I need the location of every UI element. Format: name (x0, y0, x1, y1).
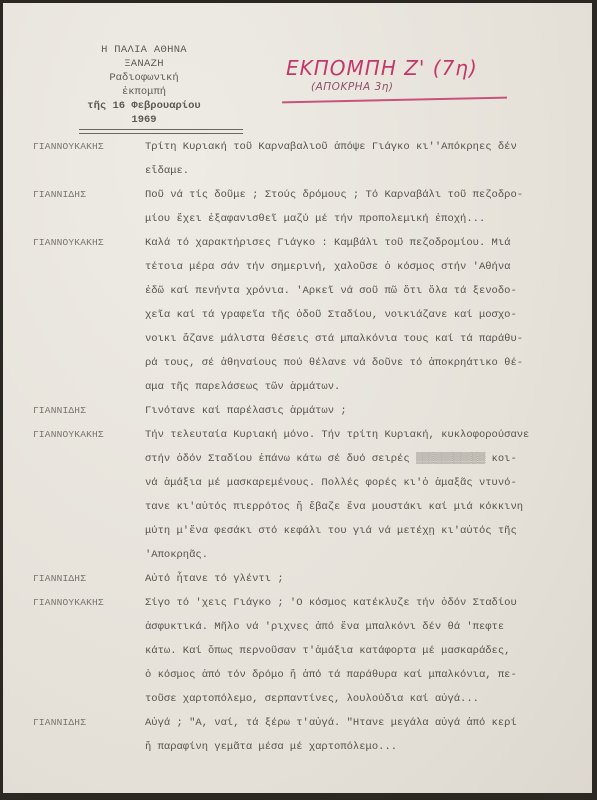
speaker-name: ΓΙΑΝΝΙΔΗΣ (33, 183, 145, 231)
handwritten-annotation: ΕΚΠΟΜΠΗ Ζ' (7η) (ΑΠΟΚΡΗΑ 3η) (286, 56, 478, 93)
dialogue-line: 'Αποκρηᾶς. (145, 543, 578, 567)
broadcast-date: τῆς 16 Φεβρουαρίου 1969 (85, 99, 203, 127)
dialogue-line: ἐδῶ καί πενήντα χρόνια. 'Αρκεῖ νά σοῦ πῶ… (145, 279, 578, 303)
dialogue-line: μίου ἔχει ἐξαφανισθεῖ μαζύ μέ τήν προπολ… (145, 207, 578, 231)
dialogue-line: στήν ὁδόν Σταδίου ἐπάνω κάτω σέ δυό σειρ… (145, 447, 578, 471)
dialogue-turn: ΓΙΑΝΝΙΔΗΣ Γινότανε καί παρέλασις ἁρμάτων… (33, 399, 578, 423)
dialogue-turn: ΓΙΑΝΝΟΥΚΑΚΗΣ Σίγο τό 'χεις Γιάγκο ; 'Ο κ… (33, 591, 578, 711)
dialogue-line: ἤ παραφίνη γεμᾶτα μέσα μέ χαρτοπόλεμο... (145, 735, 578, 759)
dialogue-line: τοῦσε χαρτοπόλεμο, σερπαντίνες, λουλούδι… (145, 687, 578, 711)
dialogue-line: χεῖα καί τά γραφεῖα τῆς ὁδοῦ Σταδίου, νο… (145, 303, 578, 327)
dialogue-line: Ποῦ νά τίς δοῦμε ; Στούς δρόμους ; Τό Κα… (145, 183, 578, 207)
dialogue-turn: ΓΙΑΝΝΟΥΚΑΚΗΣ Τήν τελευταία Κυριακή μόνο.… (33, 423, 578, 567)
dialogue-line: ρά τους, σέ ἀθηναίους πού θέλανε νά δοῦν… (145, 351, 578, 375)
annotation-underline (282, 97, 507, 104)
dialogue-turn: ΓΙΑΝΝΟΥΚΑΚΗΣ Τρίτη Κυριακή τοῦ Καρναβαλι… (33, 135, 578, 183)
dialogue-line: μύτη μ'ἕνα φεσάκι στό κεφάλι του γιά νά … (145, 519, 578, 543)
dialogue-turn: ΓΙΑΝΝΟΥΚΑΚΗΣ Καλά τό χαρακτήρισες Γιάγκο… (33, 231, 578, 399)
dialogue-line: εἴδαμε. (145, 159, 578, 183)
speaker-name: ΓΙΑΝΝΟΥΚΑΚΗΣ (33, 423, 145, 567)
speaker-name: ΓΙΑΝΝΙΔΗΣ (33, 567, 145, 591)
dialogue-turn: ΓΙΑΝΝΙΔΗΣ Αὐγά ; "Α, ναί, τά ξέρω τ'αὐγά… (33, 711, 578, 759)
speaker-name: ΓΙΑΝΝΟΥΚΑΚΗΣ (33, 135, 145, 183)
dialogue-line: Τήν τελευταία Κυριακή μόνο. Τήν τρίτη Κυ… (145, 423, 578, 447)
dialogue-line: Τρίτη Κυριακή τοῦ Καρναβαλιοῦ ἀπόψε Γιάγ… (145, 135, 578, 159)
dialogue-turn: ΓΙΑΝΝΙΔΗΣ Αὐτό ἦτανε τό γλέντι ; (33, 567, 578, 591)
speaker-name: ΓΙΑΝΝΟΥΚΑΚΗΣ (33, 231, 145, 399)
annotation-note: (ΑΠΟΚΡΗΑ 3η) (311, 81, 478, 93)
dialogue-line: Αὐγά ; "Α, ναί, τά ξέρω τ'αὐγά. "Ητανε μ… (145, 711, 578, 735)
dialogue-line: νοικι ἄζανε μάλιστα θέσεις στά μπαλκόνια… (145, 327, 578, 351)
dialogue-line: Καλά τό χαρακτήρισες Γιάγκο : Καμβάλι το… (145, 231, 578, 255)
dialogue-line: τέτοια μέρα σάν τήν σημερινή, χαλοῦσε ὁ … (145, 255, 578, 279)
dialogue-line: κάτω. Καί ὅπως περνοῦσαν τ'ἁμάξια κατάφο… (145, 639, 578, 663)
dialogue-turn: ΓΙΑΝΝΙΔΗΣ Ποῦ νά τίς δοῦμε ; Στούς δρόμο… (33, 183, 578, 231)
document-page: Η ΠΑΛΙΑ ΑΘΗΝΑ ΞΑΝΑΖΗ Ραδιοφωνική ἐκπομπή… (3, 3, 592, 793)
speaker-name: ΓΙΑΝΝΟΥΚΑΚΗΣ (33, 591, 145, 711)
dialogue-line: τανε κι'αὐτός πιερρότος ἤ ἔβαζε ἕνα μουσ… (145, 495, 578, 519)
dialogue-line: ἀσφυκτικά. Μῆλο νά 'ριχνες ἀπό ἕνα μπαλκ… (145, 615, 578, 639)
dialogue-line: Σίγο τό 'χεις Γιάγκο ; 'Ο κόσμος κατέκλυ… (145, 591, 578, 615)
annotation-episode: ΕΚΠΟΜΠΗ Ζ' (7η) (286, 56, 478, 80)
program-title: Η ΠΑΛΙΑ ΑΘΗΝΑ ΞΑΝΑΖΗ (85, 43, 203, 71)
speaker-name: ΓΙΑΝΝΙΔΗΣ (33, 711, 145, 759)
header-underline (79, 129, 243, 134)
dialogue-line: Γινότανε καί παρέλασις ἁρμάτων ; (145, 399, 578, 423)
dialogue-line: αμα τῆς παρελάσεως τῶν ἁρμάτων. (145, 375, 578, 399)
dialogue-line: νά ἁμάξια μέ μασκαρεμένους. Πολλές φορές… (145, 471, 578, 495)
program-subtitle: Ραδιοφωνική ἐκπομπή (85, 71, 203, 99)
speaker-name: ΓΙΑΝΝΙΔΗΣ (33, 399, 145, 423)
dialogue-line: Αὐτό ἦτανε τό γλέντι ; (145, 567, 578, 591)
dialogue-line: ὁ κόσμος ἀπό τόν δρόμο ἤ ἀπό τά παράθυρα… (145, 663, 578, 687)
document-header: Η ΠΑΛΙΑ ΑΘΗΝΑ ΞΑΝΑΖΗ Ραδιοφωνική ἐκπομπή… (85, 43, 203, 134)
dialogue-script: ΓΙΑΝΝΟΥΚΑΚΗΣ Τρίτη Κυριακή τοῦ Καρναβαλι… (33, 135, 578, 759)
